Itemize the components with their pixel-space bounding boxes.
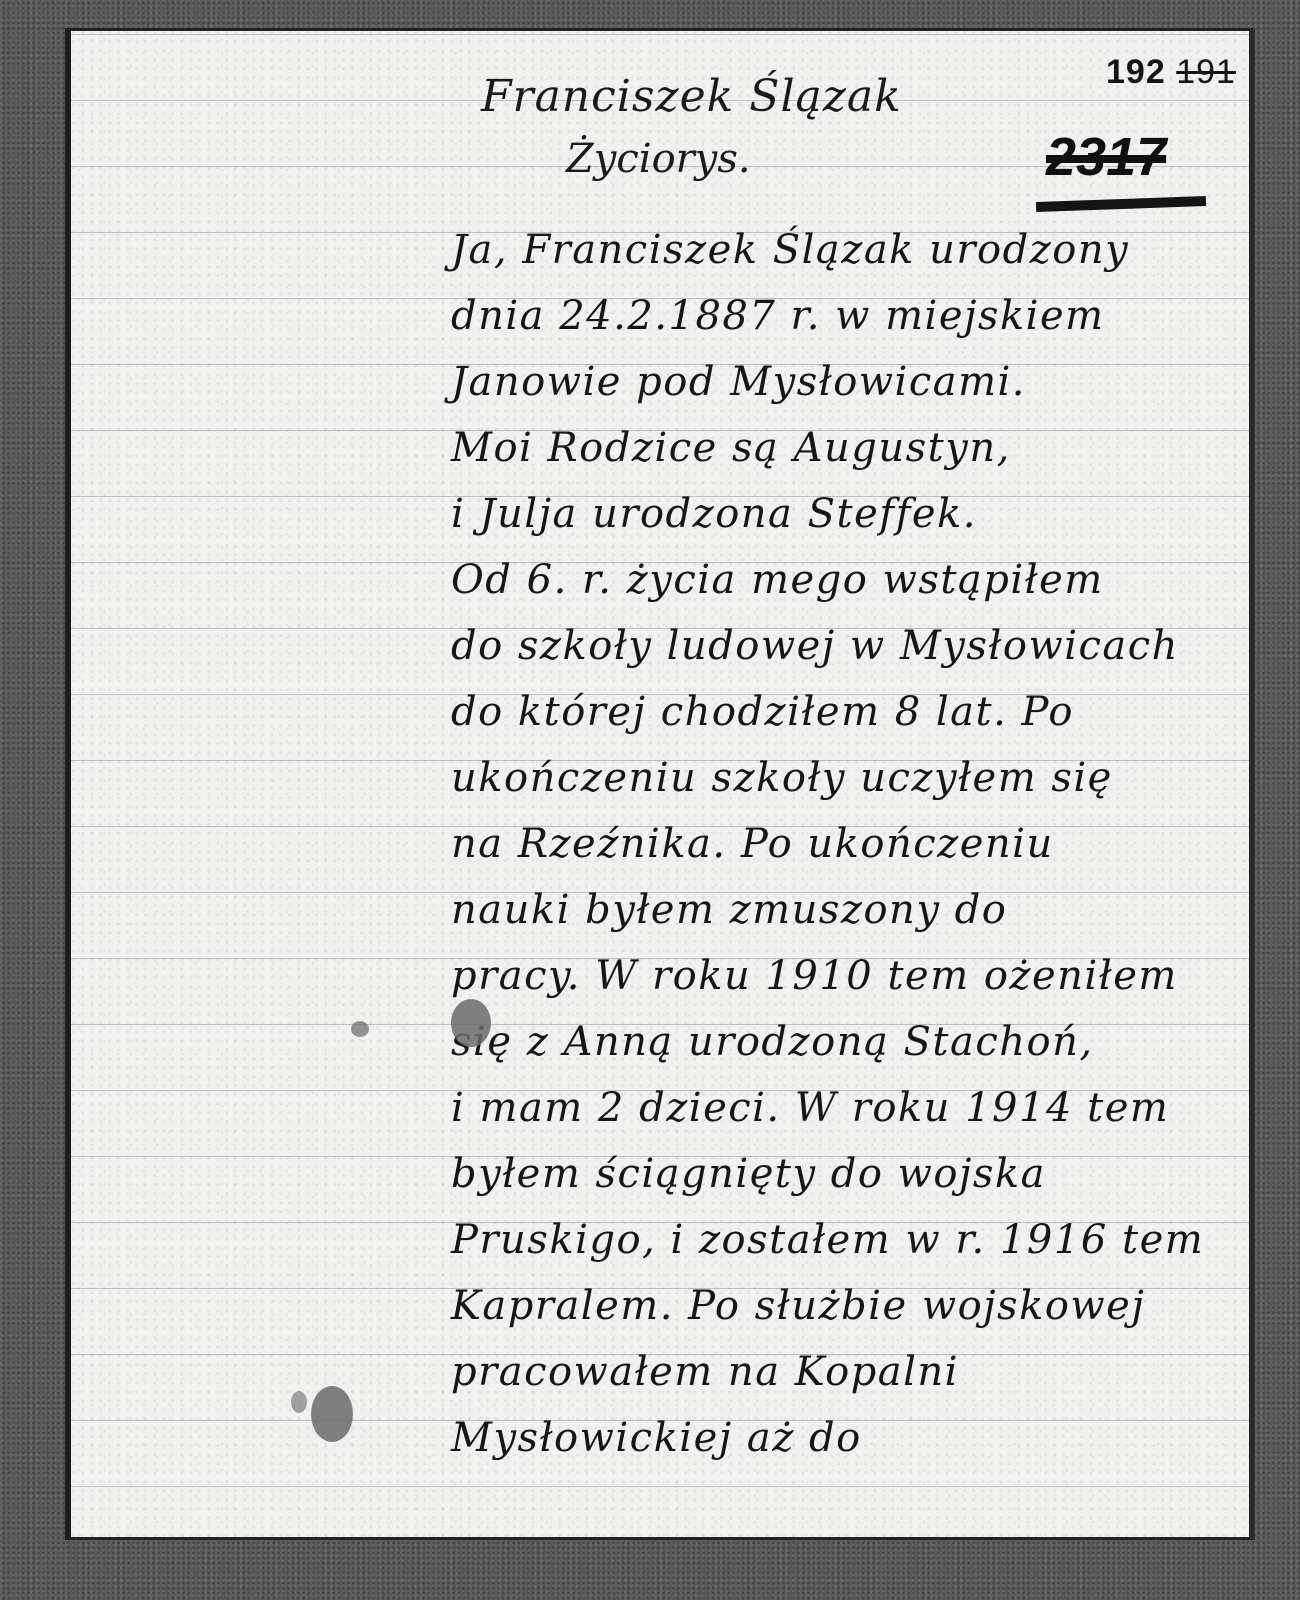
document-title: Życiorys.: [566, 136, 751, 182]
text-line: do szkoły ludowej w Mysłowicach: [451, 613, 1300, 679]
text-line: Kapralem. Po służbie wojskowej: [451, 1273, 1300, 1339]
archive-number-struck: 191: [1176, 53, 1236, 91]
text-line: Moi Rodzice są Augustyn,: [451, 415, 1300, 481]
ink-stain: [351, 1021, 369, 1037]
record-number-underline: [1036, 196, 1206, 212]
text-line: Pruskigo, i zostałem w r. 1916 tem: [451, 1207, 1300, 1273]
text-line: Mysłowickiej aż do: [451, 1405, 1300, 1471]
text-line: ukończeniu szkoły uczyłem się: [451, 745, 1300, 811]
text-line: pracowałem na Kopalni: [451, 1339, 1300, 1405]
handwritten-body: Ja, Franciszek Ślązak urodzony dnia 24.2…: [451, 217, 1300, 1471]
text-line: na Rzeźnika. Po ukończeniu: [451, 811, 1300, 877]
text-line: Janowie pod Mysłowicami.: [451, 349, 1300, 415]
archive-number: 192 191: [1106, 53, 1236, 92]
text-line: Od 6. r. życia mego wstąpiłem: [451, 547, 1300, 613]
author-name-heading: Franciszek Ślązak: [481, 71, 902, 122]
text-line: się z Anną urodzoną Stachoń,: [451, 1009, 1300, 1075]
text-line: i Julja urodzona Steffek.: [451, 481, 1300, 547]
text-line: pracy. W roku 1910 tem ożeniłem: [451, 943, 1300, 1009]
text-line: i mam 2 dzieci. W roku 1914 tem: [451, 1075, 1300, 1141]
ink-stain: [291, 1391, 307, 1413]
ink-stain: [451, 999, 491, 1047]
text-line: byłem ściągnięty do wojska: [451, 1141, 1300, 1207]
text-line: nauki byłem zmuszony do: [451, 877, 1300, 943]
text-line: do której chodziłem 8 lat. Po: [451, 679, 1300, 745]
text-line: dnia 24.2.1887 r. w miejskiem: [451, 283, 1300, 349]
record-number: 2317: [1046, 126, 1166, 188]
archive-number-current: 192: [1106, 53, 1166, 91]
ink-stain: [311, 1386, 353, 1442]
document-sheet: Franciszek Ślązak Życiorys. 192 191 2317…: [65, 28, 1255, 1540]
scan-background: Franciszek Ślązak Życiorys. 192 191 2317…: [0, 0, 1300, 1600]
text-line: Ja, Franciszek Ślązak urodzony: [451, 217, 1300, 283]
